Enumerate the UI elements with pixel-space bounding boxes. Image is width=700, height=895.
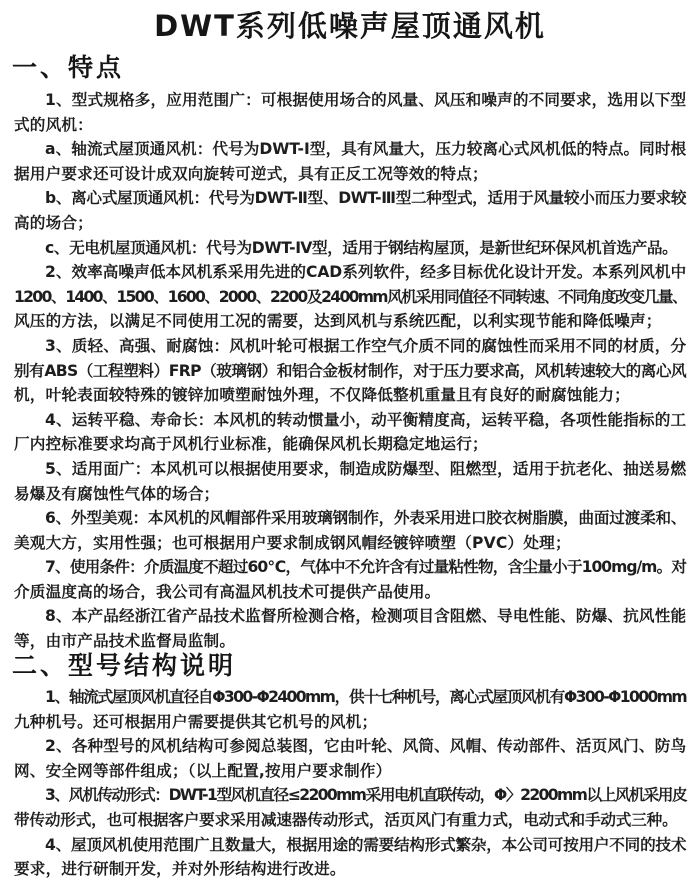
paragraph-line: 2、各种型号的风机结构可参阅总装图，它由叶轮、风筒、风帽、传动部件、活页风门、防… [14, 734, 686, 759]
paragraph-line: 风压的方法，以满足不同使用工况的需要，达到风机与系统匹配，以利实现节能和降低噪声… [14, 309, 686, 334]
paragraph-line: 带传动形式，也可根据客户要求采用减速器传动形式，活页风门有重力式，电动式和手动式… [14, 808, 686, 833]
paragraph-line: 5、适用面广：本风机可以根据使用要求，制造成防爆型、阻燃型，适用于抗老化、抽送易… [14, 457, 686, 482]
paragraph-line: 6、外型美观：本风机的风帽部件采用玻璃钢制作，外表采用进口胶衣树脂膜，曲面过渡柔… [14, 506, 686, 531]
paragraph-line: c、无电机屋顶通风机：代号为DWT-Ⅳ型，适用于钢结构屋顶，是新世纪环保风机首选… [14, 236, 686, 261]
paragraph-line: 美观大方，实用性强；也可根据用户要求制成钢风帽经镀锌喷塑（PVC）处理； [14, 531, 686, 556]
document-title: DWT系列低噪声屋顶通风机 [0, 8, 700, 44]
paragraph-line: 厂内控标准要求均高于风机行业标准，能确保风机长期稳定地运行； [14, 432, 686, 457]
paragraph-line: 1200、1400、1500、1600、2000、2200及2400mm风机采用… [14, 285, 686, 310]
paragraph-line: 3、质轻、高强、耐腐蚀：风机叶轮可根据工作空气介质不同的腐蚀性而采用不同的材质，… [14, 334, 686, 359]
paragraph-line: 九种机号。还可根据用户需要提供其它机号的风机； [14, 710, 686, 735]
paragraph-line: 易爆及有腐蚀性气体的场合； [14, 482, 686, 507]
paragraph-line: 式的风机： [14, 113, 686, 138]
paragraph-line: 机，叶轮表面较特殊的镀锌加喷塑耐蚀外理，不仅降低整机重量且有良好的耐腐蚀能力； [14, 383, 686, 408]
paragraph-line: a、轴流式屋顶通风机：代号为DWT-Ⅰ型，具有风量大，压力较离心式风机低的特点。… [14, 137, 686, 162]
section-heading-features: 一、特点 [12, 52, 124, 84]
section-model-structure-body: 1、轴流式屋顶风机直径自Φ300-Φ2400mm，供十七种机号，离心式屋顶风机有… [14, 685, 686, 882]
paragraph-line: 高的场合； [14, 211, 686, 236]
paragraph-line: 据用户要求还可设计成双向旋转可逆式，具有正反工况等效的特点； [14, 162, 686, 187]
paragraph-line: 1、轴流式屋顶风机直径自Φ300-Φ2400mm，供十七种机号，离心式屋顶风机有… [14, 685, 686, 710]
paragraph-line: 4、运转平稳、寿命长：本风机的转动惯量小，动平衡精度高，运转平稳，各项性能指标的… [14, 408, 686, 433]
section-features-body: 1、型式规格多，应用范围广：可根据使用场合的风量、风压和噪声的不同要求，选用以下… [14, 88, 686, 654]
paragraph-line: 别有ABS（工程塑料）FRP（玻璃钢）和铝合金板材制作，对于压力要求高，风机转速… [14, 359, 686, 384]
paragraph-line: 介质温度高的场合，我公司有高温风机技术可提供产品使用。 [14, 580, 686, 605]
paragraph-line: 要求，进行研制开发，并对外形结构进行改进。 [14, 857, 686, 882]
section-heading-model-structure: 二、型号结构说明 [12, 650, 236, 682]
paragraph-line: 4、屋顶风机使用范围广且数量大，根据用途的需要结构形式繁杂，本公司可按用户不同的… [14, 833, 686, 858]
paragraph-line: b、离心式屋顶通风机：代号为DWT-Ⅱ型、DWT-Ⅲ型二种型式，适用于风量较小而… [14, 186, 686, 211]
paragraph-line: 网、安全网等部件组成；（以上配置,按用户要求制作） [14, 759, 686, 784]
paragraph-line: 3、风机传动形式：DWT-1型风机直径≤2200mm采用电机直联传动，Φ〉220… [14, 783, 686, 808]
paragraph-line: 1、型式规格多，应用范围广：可根据使用场合的风量、风压和噪声的不同要求，选用以下… [14, 88, 686, 113]
paragraph-line: 2、效率高噪声低本风机系采用先进的CAD系列软件，经多目标优化设计开发。本系列风… [14, 260, 686, 285]
paragraph-line: 7、使用条件：介质温度不超过60℃，气体中不允许含有过量粘性物，含尘量小于100… [14, 555, 686, 580]
paragraph-line: 8、本产品经浙江省产品技术监督所检测合格，检测项目含阻燃、导电性能、防爆、抗风性… [14, 604, 686, 629]
document-page: DWT系列低噪声屋顶通风机 一、特点 1、型式规格多，应用范围广：可根据使用场合… [0, 0, 700, 895]
